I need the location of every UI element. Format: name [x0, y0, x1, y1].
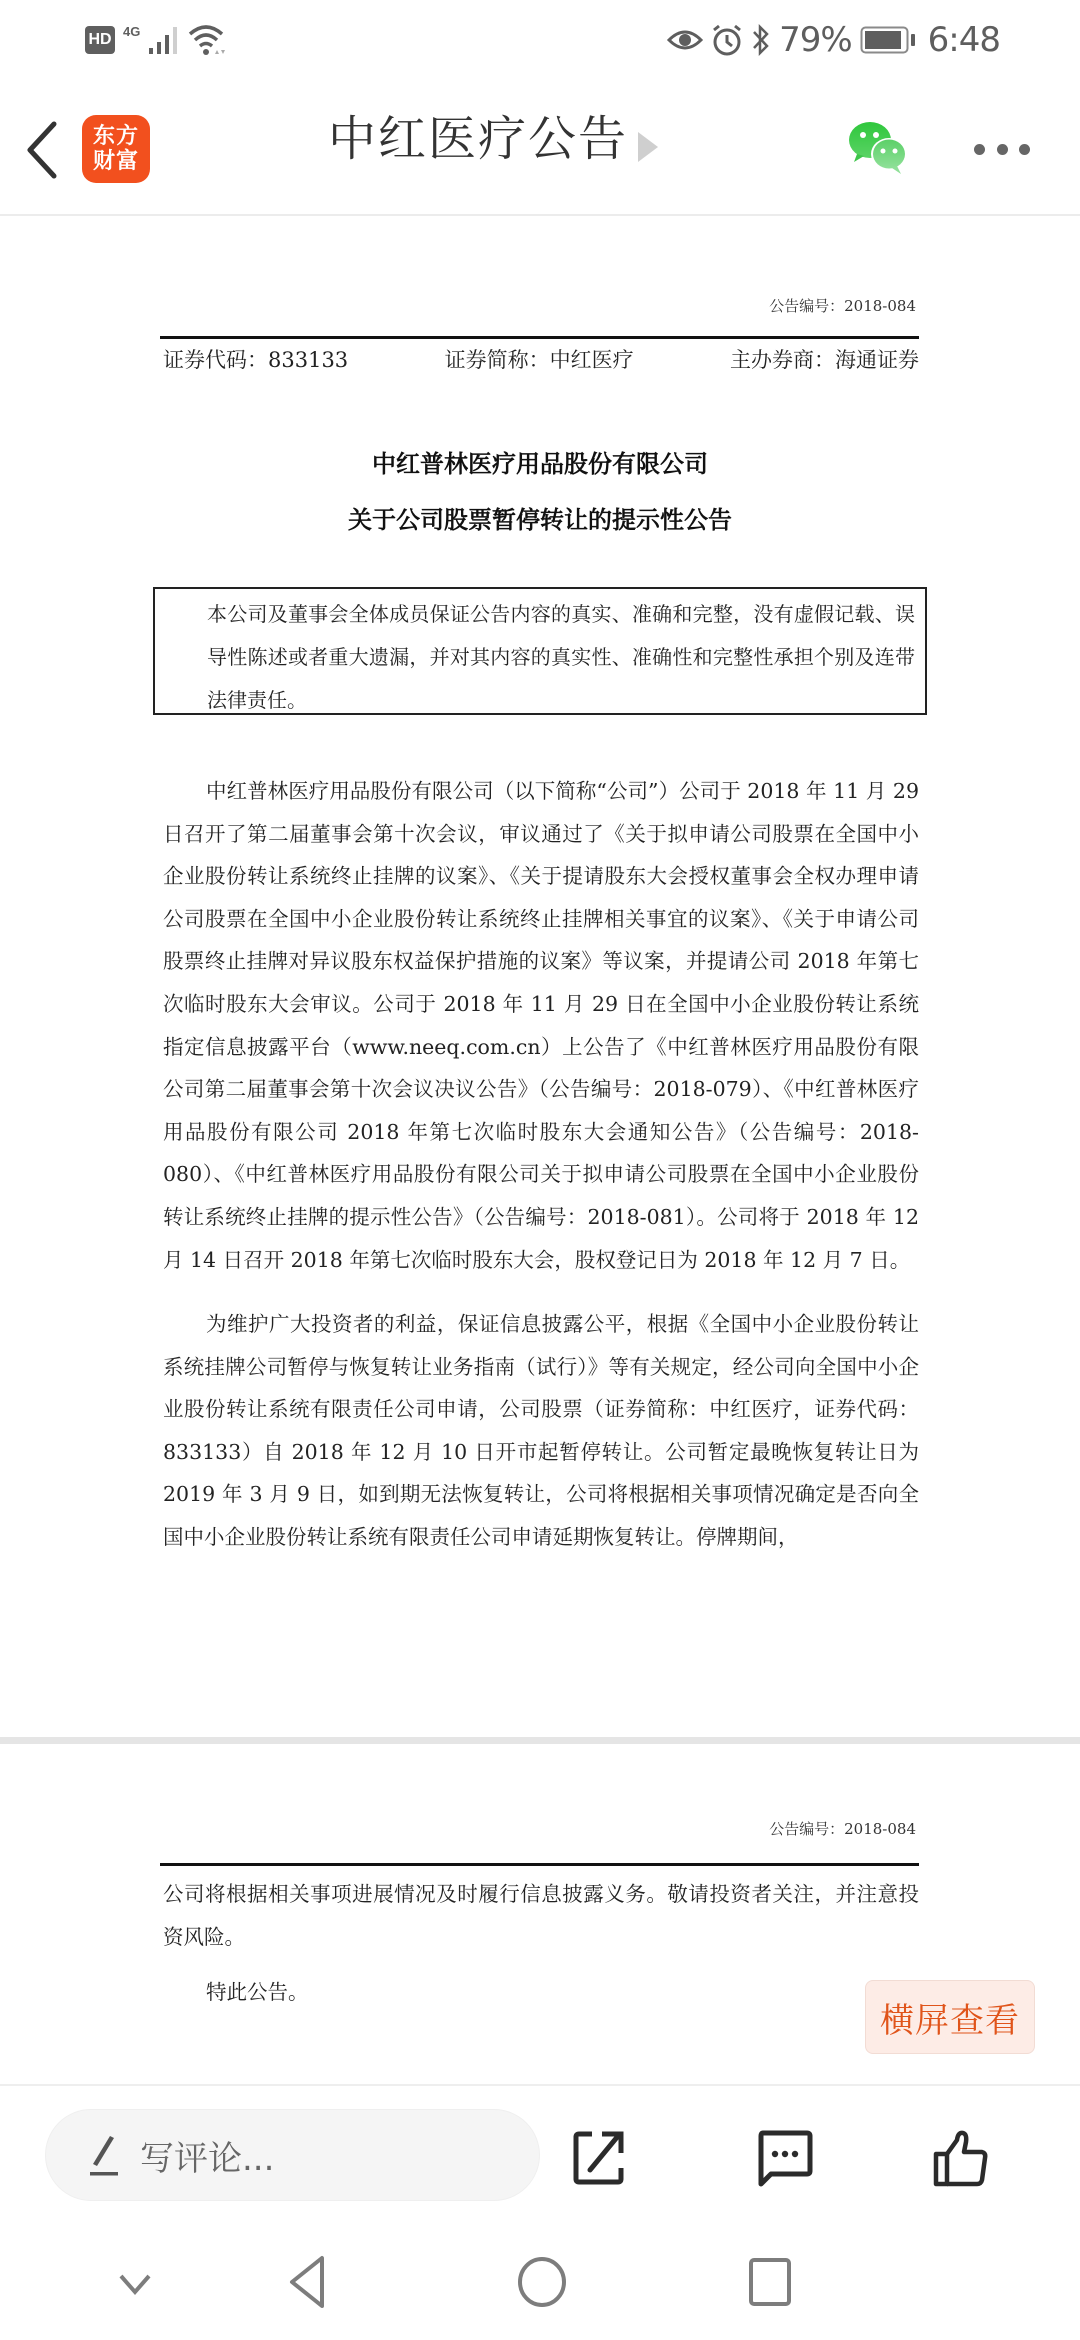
like-button[interactable] — [930, 2128, 990, 2188]
comments-button[interactable] — [755, 2128, 815, 2188]
chevron-down-icon — [105, 2252, 165, 2312]
logo-line1: 东方 — [93, 124, 139, 149]
page-title: 中红医疗公告 — [328, 100, 628, 169]
play-triangle-icon[interactable] — [638, 132, 658, 162]
system-nav-bar — [0, 2224, 1080, 2340]
status-bar: HD 4G 79% — [0, 0, 1080, 80]
comment-input[interactable]: 写评论... — [45, 2109, 540, 2201]
back-button[interactable] — [20, 118, 64, 182]
eastmoney-logo[interactable]: 东方 财富 — [82, 115, 150, 183]
nav-collapse-button[interactable] — [105, 2252, 165, 2312]
wechat-share-button[interactable] — [845, 118, 915, 178]
battery-icon — [860, 25, 916, 55]
more-dot — [997, 144, 1008, 155]
logo-line2: 财富 — [93, 149, 139, 174]
notice-text: 本公司及董事会全体成员保证公告内容的真实、准确和完整，没有虚假记载、误导性陈述或… — [165, 593, 915, 722]
board-guarantee-notice: 本公司及董事会全体成员保证公告内容的真实、准确和完整，没有虚假记载、误导性陈述或… — [153, 587, 927, 715]
chevron-left-icon — [20, 118, 64, 182]
wifi-icon — [188, 23, 228, 57]
clock: 6:48 — [928, 20, 1000, 60]
wechat-icon — [845, 118, 915, 178]
battery-percent: 79% — [779, 20, 852, 60]
back-triangle-icon — [280, 2252, 340, 2312]
more-button[interactable] — [970, 135, 1034, 163]
landscape-view-button[interactable]: 横屏查看 — [865, 1980, 1035, 2054]
nav-recents-button[interactable] — [740, 2252, 800, 2312]
bluetooth-icon — [751, 22, 771, 58]
signal-icon — [148, 25, 180, 55]
security-short-name: 证券简称：中红医疗 — [445, 344, 634, 374]
share-button[interactable] — [570, 2128, 630, 2188]
recents-square-icon — [740, 2252, 800, 2312]
body-paragraph-3: 公司将根据相关事项进展情况及时履行信息披露义务。敬请投资者关注，并注意投资风险。 — [163, 1873, 919, 1958]
page-separator — [0, 1737, 1080, 1744]
sponsor-broker: 主办券商：海通证券 — [730, 344, 919, 374]
more-dot — [1019, 144, 1030, 155]
security-meta: 证券代码：833133 证券简称：中红医疗 主办券商：海通证券 — [163, 344, 919, 374]
announcement-number-page2: 公告编号：2018-084 — [769, 1818, 916, 1839]
security-code: 证券代码：833133 — [163, 344, 348, 374]
closing-text: 特此公告。 — [163, 1971, 919, 2014]
app-header: 东方 财富 中红医疗公告 — [0, 80, 1080, 216]
body-paragraph-2: 为维护广大投资者的利益，保证信息披露公平，根据《全国中小企业股份转让系统挂牌公司… — [163, 1303, 919, 1559]
eye-icon — [667, 26, 703, 54]
more-dot — [974, 144, 985, 155]
status-right: 79% 6:48 — [667, 18, 1000, 62]
document-title: 中红普林医疗用品股份有限公司 — [0, 444, 1080, 479]
share-icon — [570, 2128, 630, 2188]
document-subtitle: 关于公司股票暂停转让的提示性公告 — [0, 500, 1080, 535]
hd-icon: HD — [85, 26, 115, 54]
announcement-number: 公告编号：2018-084 — [769, 295, 916, 316]
pencil-icon — [88, 2132, 122, 2178]
header-rule — [160, 336, 919, 339]
bottom-action-bar: 写评论... — [0, 2084, 1080, 2224]
alarm-icon — [711, 23, 743, 57]
body-paragraph-1: 中红普林医疗用品股份有限公司（以下简称“公司”）公司于 2018 年 11 月 … — [163, 770, 919, 1281]
nav-home-button[interactable] — [512, 2252, 572, 2312]
nav-back-button[interactable] — [280, 2252, 340, 2312]
comment-placeholder: 写评论... — [140, 2131, 274, 2180]
header-rule-page2 — [160, 1863, 919, 1866]
network-type: 4G — [123, 24, 140, 39]
document-viewer[interactable]: 公告编号：2018-084 证券代码：833133 证券简称：中红医疗 主办券商… — [0, 218, 1080, 2084]
thumbs-up-icon — [930, 2128, 990, 2190]
comment-icon — [755, 2128, 815, 2190]
home-circle-icon — [512, 2252, 572, 2312]
status-left: HD 4G — [85, 22, 228, 58]
